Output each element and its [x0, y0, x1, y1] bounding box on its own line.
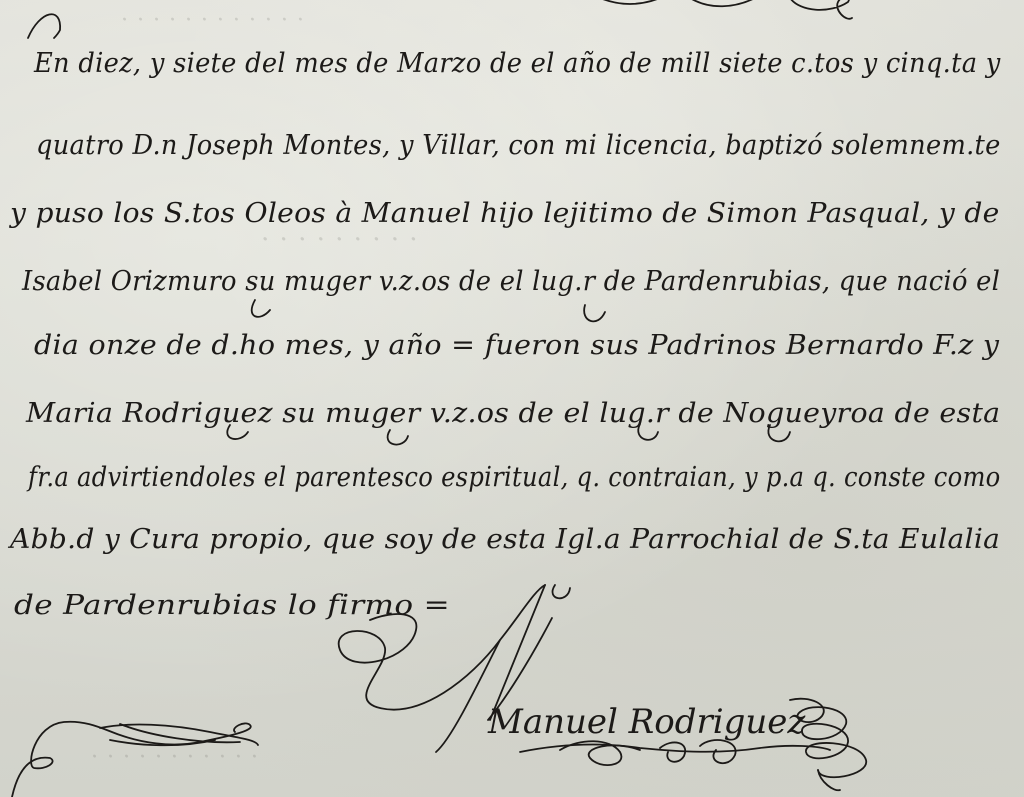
bleed-through-text: · · · · · · · · · · · ·: [120, 8, 304, 33]
bleed-through-text: · · · · · · · · · · ·: [90, 745, 258, 770]
text-line-1: En diez, y siete del mes de Marzo de el …: [34, 48, 1001, 79]
text-line-7: fr.a advirtiendoles el parentesco espiri…: [28, 462, 1001, 493]
text-line-3: y puso los S.tos Oleos à Manuel hijo lej…: [10, 198, 1000, 229]
signature: Manuel Rodriguez: [488, 702, 805, 742]
text-line-9: de Pardenrubias lo firmo =: [14, 590, 450, 621]
text-line-8: Abb.d y Cura propio, que soy de esta Igl…: [10, 524, 1000, 555]
text-line-5: dia onze de d.ho mes, y año = fueron sus…: [34, 330, 999, 361]
bleed-through-text: · · · · · · · · ·: [260, 225, 418, 255]
text-line-6: Maria Rodriguez su muger v.z.os de el lu…: [26, 398, 1000, 429]
text-line-4: Isabel Orizmuro su muger v.z.os de el lu…: [22, 266, 1000, 297]
text-line-2: quatro D.n Joseph Montes, y Villar, con …: [36, 130, 1001, 161]
